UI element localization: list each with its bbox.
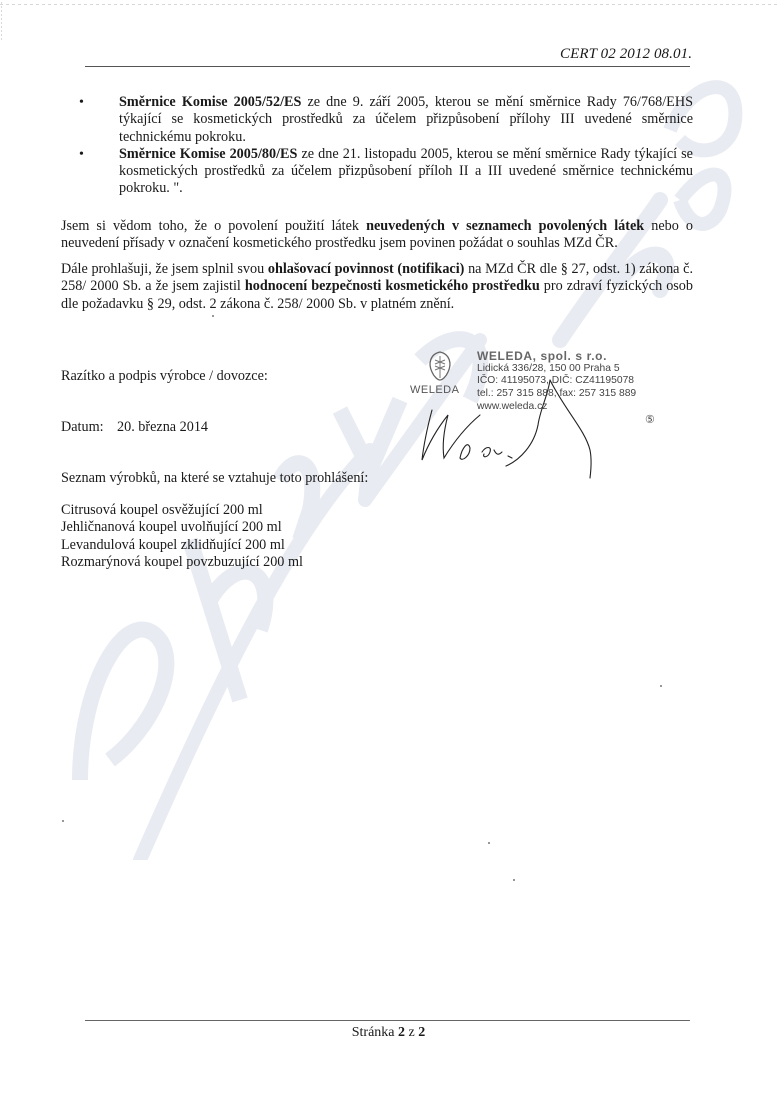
scan-speck [513,879,515,881]
header-divider [85,66,690,67]
total-pages: 2 [418,1025,425,1040]
scan-speck [62,820,64,822]
bullet-icon: • [79,94,84,111]
current-page: 2 [398,1025,405,1040]
scan-artifact-top [0,4,777,5]
product-item: Rozmarýnová koupel povzbuzující 200 ml [61,554,303,571]
products-intro: Seznam výrobků, na které se vztahuje tot… [61,470,368,487]
stamp-address: Lidická 336/28, 150 00 Praha 5 [477,363,636,376]
scan-speck [660,685,662,687]
company-stamp: WELEDA WELEDA, spol. s r.o. Lidická 336/… [410,350,700,480]
emphasis: ohlašovací povinnost (notifikaci) [268,261,465,277]
directive-item: • Směrnice Komise 2005/80/ES ze dne 21. … [98,146,693,198]
text-span: Jsem si vědom toho, že o povolení použit… [61,218,366,234]
declaration-paragraph-1: Jsem si vědom toho, že o povolení použit… [61,218,693,253]
stamp-brand: WELEDA [410,384,459,396]
stamp-signature-label: Razítko a podpis výrobce / dovozce: [61,368,268,385]
stamp-details: WELEDA, spol. s r.o. Lidická 336/28, 150… [477,350,636,414]
directive-title: Směrnice Komise 2005/80/ES [119,146,297,162]
emphasis: hodnocení bezpečnosti kosmetického prost… [245,278,540,294]
scan-artifact-left [1,0,2,40]
bullet-icon: • [79,146,84,163]
directive-item: • Směrnice Komise 2005/52/ES ze dne 9. z… [98,94,693,146]
scan-speck [212,315,214,317]
directive-title: Směrnice Komise 2005/52/ES [119,94,301,110]
directives-list: • Směrnice Komise 2005/52/ES ze dne 9. z… [98,94,693,198]
scan-speck [488,842,490,844]
product-item: Jehličnanová koupel uvolňující 200 ml [61,519,303,536]
page-prefix: Stránka [352,1025,398,1040]
stamp-mark: ⑤ [645,413,655,426]
weleda-logo-icon [420,350,460,382]
date-value: 20. března 2014 [117,419,208,436]
stamp-company: WELEDA, spol. s r.o. [477,350,636,363]
document-reference: CERT 02 2012 08.01. [560,46,692,63]
footer-divider [85,1020,690,1021]
date-label: Datum: [61,419,104,436]
stamp-ids: IČO: 41195073, DIČ: CZ41195078 [477,375,636,388]
stamp-web: www.weleda.cz [477,401,636,414]
text-span: Dále prohlašuji, že jsem splnil svou [61,261,268,277]
declaration-paragraph-2: Dále prohlašuji, že jsem splnil svou ohl… [61,261,693,313]
page-separator: z [405,1025,418,1040]
emphasis: neuvedených v seznamech povolených látek [366,218,644,234]
product-item: Levandulová koupel zklidňující 200 ml [61,537,303,554]
stamp-phone: tel.: 257 315 888, fax: 257 315 889 [477,388,636,401]
products-list: Citrusová koupel osvěžující 200 ml Jehli… [61,502,303,571]
page-indicator: Stránka 2 z 2 [0,1025,777,1041]
product-item: Citrusová koupel osvěžující 200 ml [61,502,303,519]
